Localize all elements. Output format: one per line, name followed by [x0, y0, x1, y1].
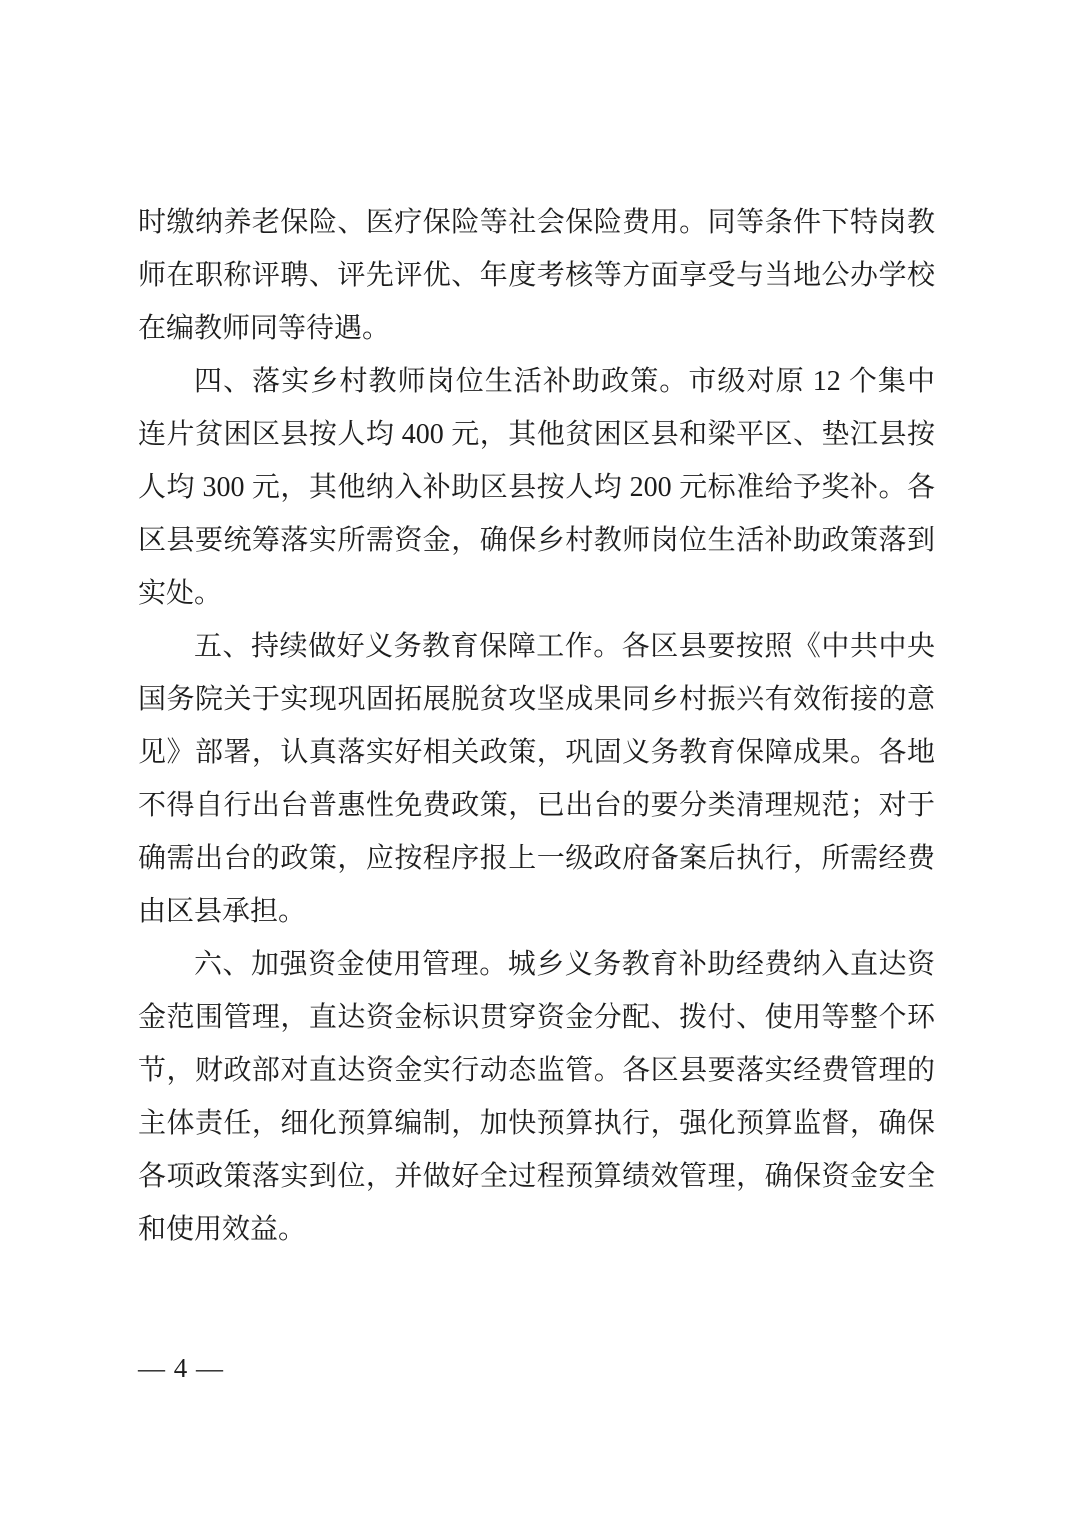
page-number: — 4 — [138, 1348, 224, 1388]
document-page: 时缴纳养老保险、医疗保险等社会保险费用。同等条件下特岗教师在职称评聘、评先评优、… [0, 0, 1074, 1520]
paragraph-section-5: 五、持续做好义务教育保障工作。各区县要按照《中共中央国务院关于实现巩固拓展脱贫攻… [138, 620, 935, 938]
document-body: 时缴纳养老保险、医疗保险等社会保险费用。同等条件下特岗教师在职称评聘、评先评优、… [138, 196, 935, 1256]
paragraph-section-4: 四、落实乡村教师岗位生活补助政策。市级对原 12 个集中连片贫困区县按人均 40… [138, 355, 935, 620]
paragraph-continuation: 时缴纳养老保险、医疗保险等社会保险费用。同等条件下特岗教师在职称评聘、评先评优、… [138, 196, 935, 355]
paragraph-section-6: 六、加强资金使用管理。城乡义务教育补助经费纳入直达资金范围管理，直达资金标识贯穿… [138, 938, 935, 1256]
